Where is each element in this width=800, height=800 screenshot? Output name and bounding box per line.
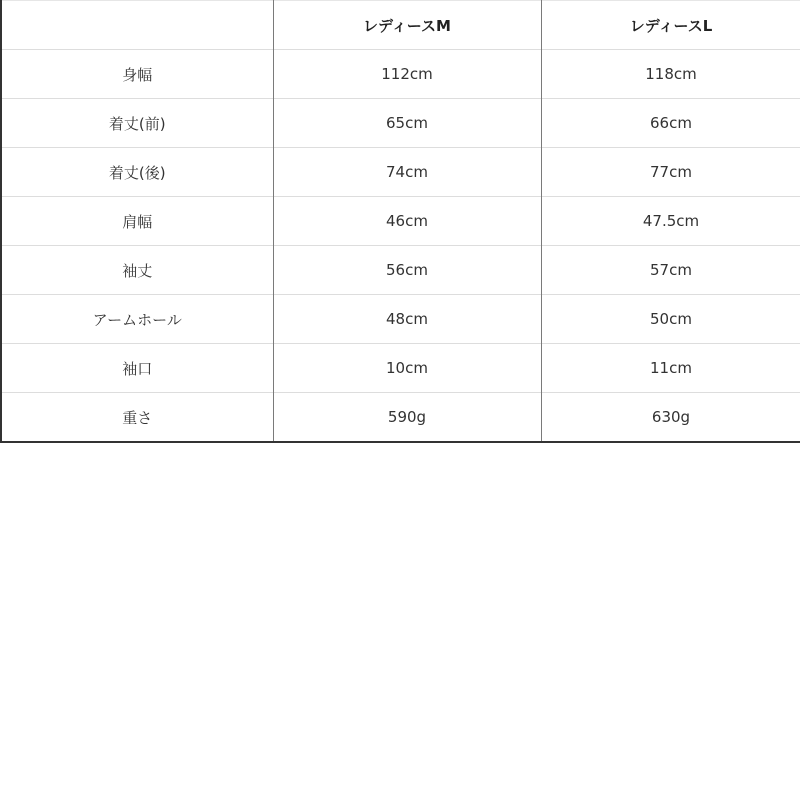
value-m: 56cm	[273, 246, 541, 295]
row-label: アームホール	[1, 295, 273, 344]
row-label: 身幅	[1, 50, 273, 99]
table-row: 肩幅 46cm 47.5cm	[1, 197, 800, 246]
table-row: アームホール 48cm 50cm	[1, 295, 800, 344]
header-ladies-l: レディースL	[541, 1, 800, 50]
value-m: 10cm	[273, 344, 541, 393]
table-row: 重さ 590g 630g	[1, 393, 800, 443]
table-row: 身幅 112cm 118cm	[1, 50, 800, 99]
header-corner	[1, 1, 273, 50]
value-l: 66cm	[541, 99, 800, 148]
value-l: 50cm	[541, 295, 800, 344]
table-row: 袖丈 56cm 57cm	[1, 246, 800, 295]
value-l: 630g	[541, 393, 800, 443]
value-l: 77cm	[541, 148, 800, 197]
value-m: 112cm	[273, 50, 541, 99]
value-l: 47.5cm	[541, 197, 800, 246]
row-label: 着丈(後)	[1, 148, 273, 197]
value-m: 590g	[273, 393, 541, 443]
value-m: 48cm	[273, 295, 541, 344]
value-m: 65cm	[273, 99, 541, 148]
header-row: レディースM レディースL	[1, 1, 800, 50]
table-row: 着丈(後) 74cm 77cm	[1, 148, 800, 197]
row-label: 袖丈	[1, 246, 273, 295]
value-l: 57cm	[541, 246, 800, 295]
table-row: 着丈(前) 65cm 66cm	[1, 99, 800, 148]
size-chart-table: レディースM レディースL 身幅 112cm 118cm 着丈(前) 65cm …	[0, 0, 800, 443]
header-ladies-m: レディースM	[273, 1, 541, 50]
row-label: 肩幅	[1, 197, 273, 246]
row-label: 着丈(前)	[1, 99, 273, 148]
value-l: 118cm	[541, 50, 800, 99]
row-label: 重さ	[1, 393, 273, 443]
table-row: 袖口 10cm 11cm	[1, 344, 800, 393]
value-l: 11cm	[541, 344, 800, 393]
row-label: 袖口	[1, 344, 273, 393]
value-m: 46cm	[273, 197, 541, 246]
value-m: 74cm	[273, 148, 541, 197]
